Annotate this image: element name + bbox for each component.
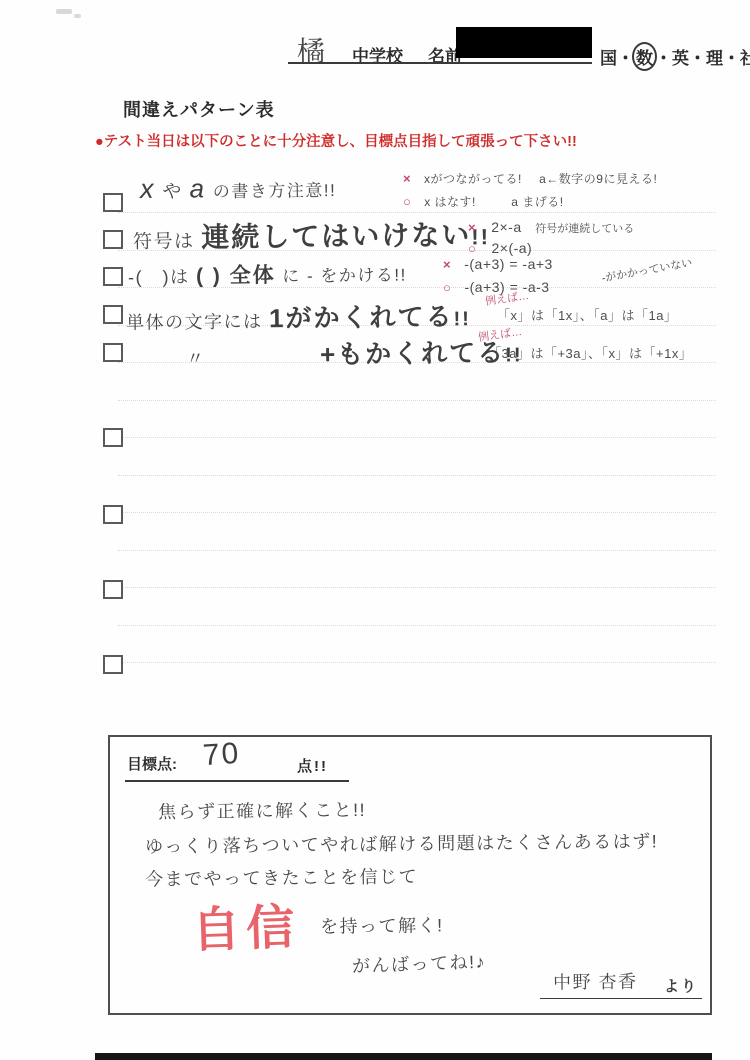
message-line-3: 今までやってきたことを信じて: [145, 863, 418, 892]
item4-bang: !!: [453, 308, 471, 330]
item1-x: x: [140, 174, 156, 204]
confidence-word: 自信: [191, 888, 301, 961]
subject-kokugo: 国: [600, 49, 617, 68]
checkbox-6: [103, 428, 123, 447]
item5-ditto-mark: 〃: [186, 349, 206, 369]
item2-big: 連続してはいけない: [201, 219, 471, 253]
item4-example: 「x」は「1x」、「a」は「1a」: [497, 305, 677, 324]
checkbox-4: [103, 305, 123, 324]
checkbox-7: [103, 505, 123, 524]
school-name-handwritten: 橘: [297, 30, 325, 70]
item3-post: に - をかける!!: [282, 266, 407, 286]
item1-annotation-wrong: × xがつながってる! a←数字の9に見える!: [403, 170, 657, 187]
subject-rika: 理: [706, 49, 723, 68]
wrong-mark: ×: [403, 171, 411, 186]
item1-rest: の書き方注意!!: [213, 181, 337, 201]
cheer-line: がんばってね!♪: [352, 948, 487, 979]
item3-wrong-note: -がかかっていない: [600, 254, 693, 286]
item3-wrong-formula: -(a+3) = -a+3: [464, 256, 553, 272]
item4-big: 1がかくれてる: [269, 301, 454, 333]
goal-underline: [125, 780, 349, 782]
confidence-rest: を持って解く!: [320, 911, 444, 938]
subject-separator: ・: [723, 49, 740, 68]
goal-label: 目標点:: [127, 753, 177, 774]
ruled-line: [118, 212, 716, 213]
item3-big: ( ) 全体: [196, 264, 276, 288]
scan-artifact-bar: [95, 1053, 712, 1060]
page-title: 間違えパターン表: [123, 96, 275, 122]
checklist-item-4: 単体の文字には 1がかくれてる!!: [126, 296, 471, 337]
subject-separator: ・: [655, 49, 672, 68]
checkbox-8: [103, 580, 123, 599]
notice-line: ●テスト当日は以下のことに十分注意し、目標点目指して頑張って下さい!!: [95, 130, 577, 151]
item1-right-note: a まげる!: [511, 195, 563, 209]
checklist-item-1: x や a の書き方注意!!: [140, 172, 337, 205]
item1-ya: や: [162, 182, 183, 203]
ruled-line: [118, 587, 716, 588]
ruled-line: [118, 625, 716, 626]
item1-wrong-note: a←数字の9に見える!: [539, 172, 657, 186]
scan-speck: [74, 14, 81, 18]
item3-pre: -( )は: [128, 267, 190, 288]
checkbox-2: [103, 230, 123, 249]
checkbox-5: [103, 343, 123, 362]
ruled-line: [118, 400, 716, 401]
item2-annotation-right: ○ 2×(-a): [468, 240, 532, 256]
scanned-worksheet-page: 橘 中学校 名前 国・数・英・理・社 間違えパターン表 ●テスト当日は以下のこと…: [0, 0, 750, 1060]
item3-annotation-wrong: × -(a+3) = -a+3: [443, 256, 553, 272]
right-mark: ○: [468, 241, 476, 256]
item2-wrong-note: 符号が連続している: [535, 223, 634, 235]
item1-wrong-text: xがつながってる!: [424, 172, 522, 186]
checklist-item-3: -( )は ( ) 全体 に - をかける!!: [128, 258, 407, 291]
checkbox-9: [103, 655, 123, 674]
item2-annotation-wrong: × 2×-a 符号が連続している: [468, 219, 634, 236]
message-line-2: ゆっくり落ちついてやれば解ける問題はたくさんあるはず!: [145, 827, 658, 858]
subject-separator: ・: [689, 49, 706, 68]
subject-sugaku-circled: 数: [632, 42, 657, 71]
ruled-line: [118, 437, 716, 438]
goal-value-handwritten: 70: [202, 737, 242, 774]
ruled-line: [118, 662, 716, 663]
header-underline: [288, 62, 592, 64]
right-mark: ○: [443, 280, 451, 295]
signature-underline: [540, 998, 702, 999]
item2-wrong-formula: 2×-a: [491, 219, 521, 235]
right-mark: ○: [403, 194, 411, 209]
item5-big: +もかくれてる: [320, 337, 505, 369]
signature-name: 中野 杏香: [553, 968, 638, 995]
item1-right-text: x はなす!: [424, 195, 476, 209]
checkbox-3: [103, 267, 123, 286]
item2-pre: 符号は: [133, 231, 195, 253]
signature-suffix: より: [664, 975, 698, 996]
subject-shakai: 社: [740, 49, 750, 68]
message-line-1: 焦らず正確に解くこと!!: [158, 796, 366, 824]
item1-a: a: [189, 173, 206, 203]
wrong-mark: ×: [468, 220, 476, 235]
redacted-name: [456, 27, 592, 58]
checkbox-1: [103, 193, 123, 212]
item2-right-formula: 2×(-a): [491, 240, 532, 256]
checklist-item-5: 〃 +もかくれてる!!: [186, 332, 523, 373]
item5-example: 「3a」は「+3a」、「x」は「+1x」: [488, 343, 692, 362]
item1-annotation-right: ○ x はなす! a まげる!: [403, 193, 564, 210]
wrong-mark: ×: [443, 257, 451, 272]
checklist-item-2: 符号は 連続してはいけない!!: [133, 213, 490, 257]
subject-list: 国・数・英・理・社: [600, 42, 750, 71]
item4-pre: 単体の文字には: [126, 311, 263, 332]
subject-eigo: 英: [672, 49, 689, 68]
ruled-line: [118, 550, 716, 551]
ruled-line: [118, 512, 716, 513]
ruled-line: [118, 475, 716, 476]
points-label: 点!!: [297, 755, 328, 776]
scan-speck: [56, 9, 72, 14]
